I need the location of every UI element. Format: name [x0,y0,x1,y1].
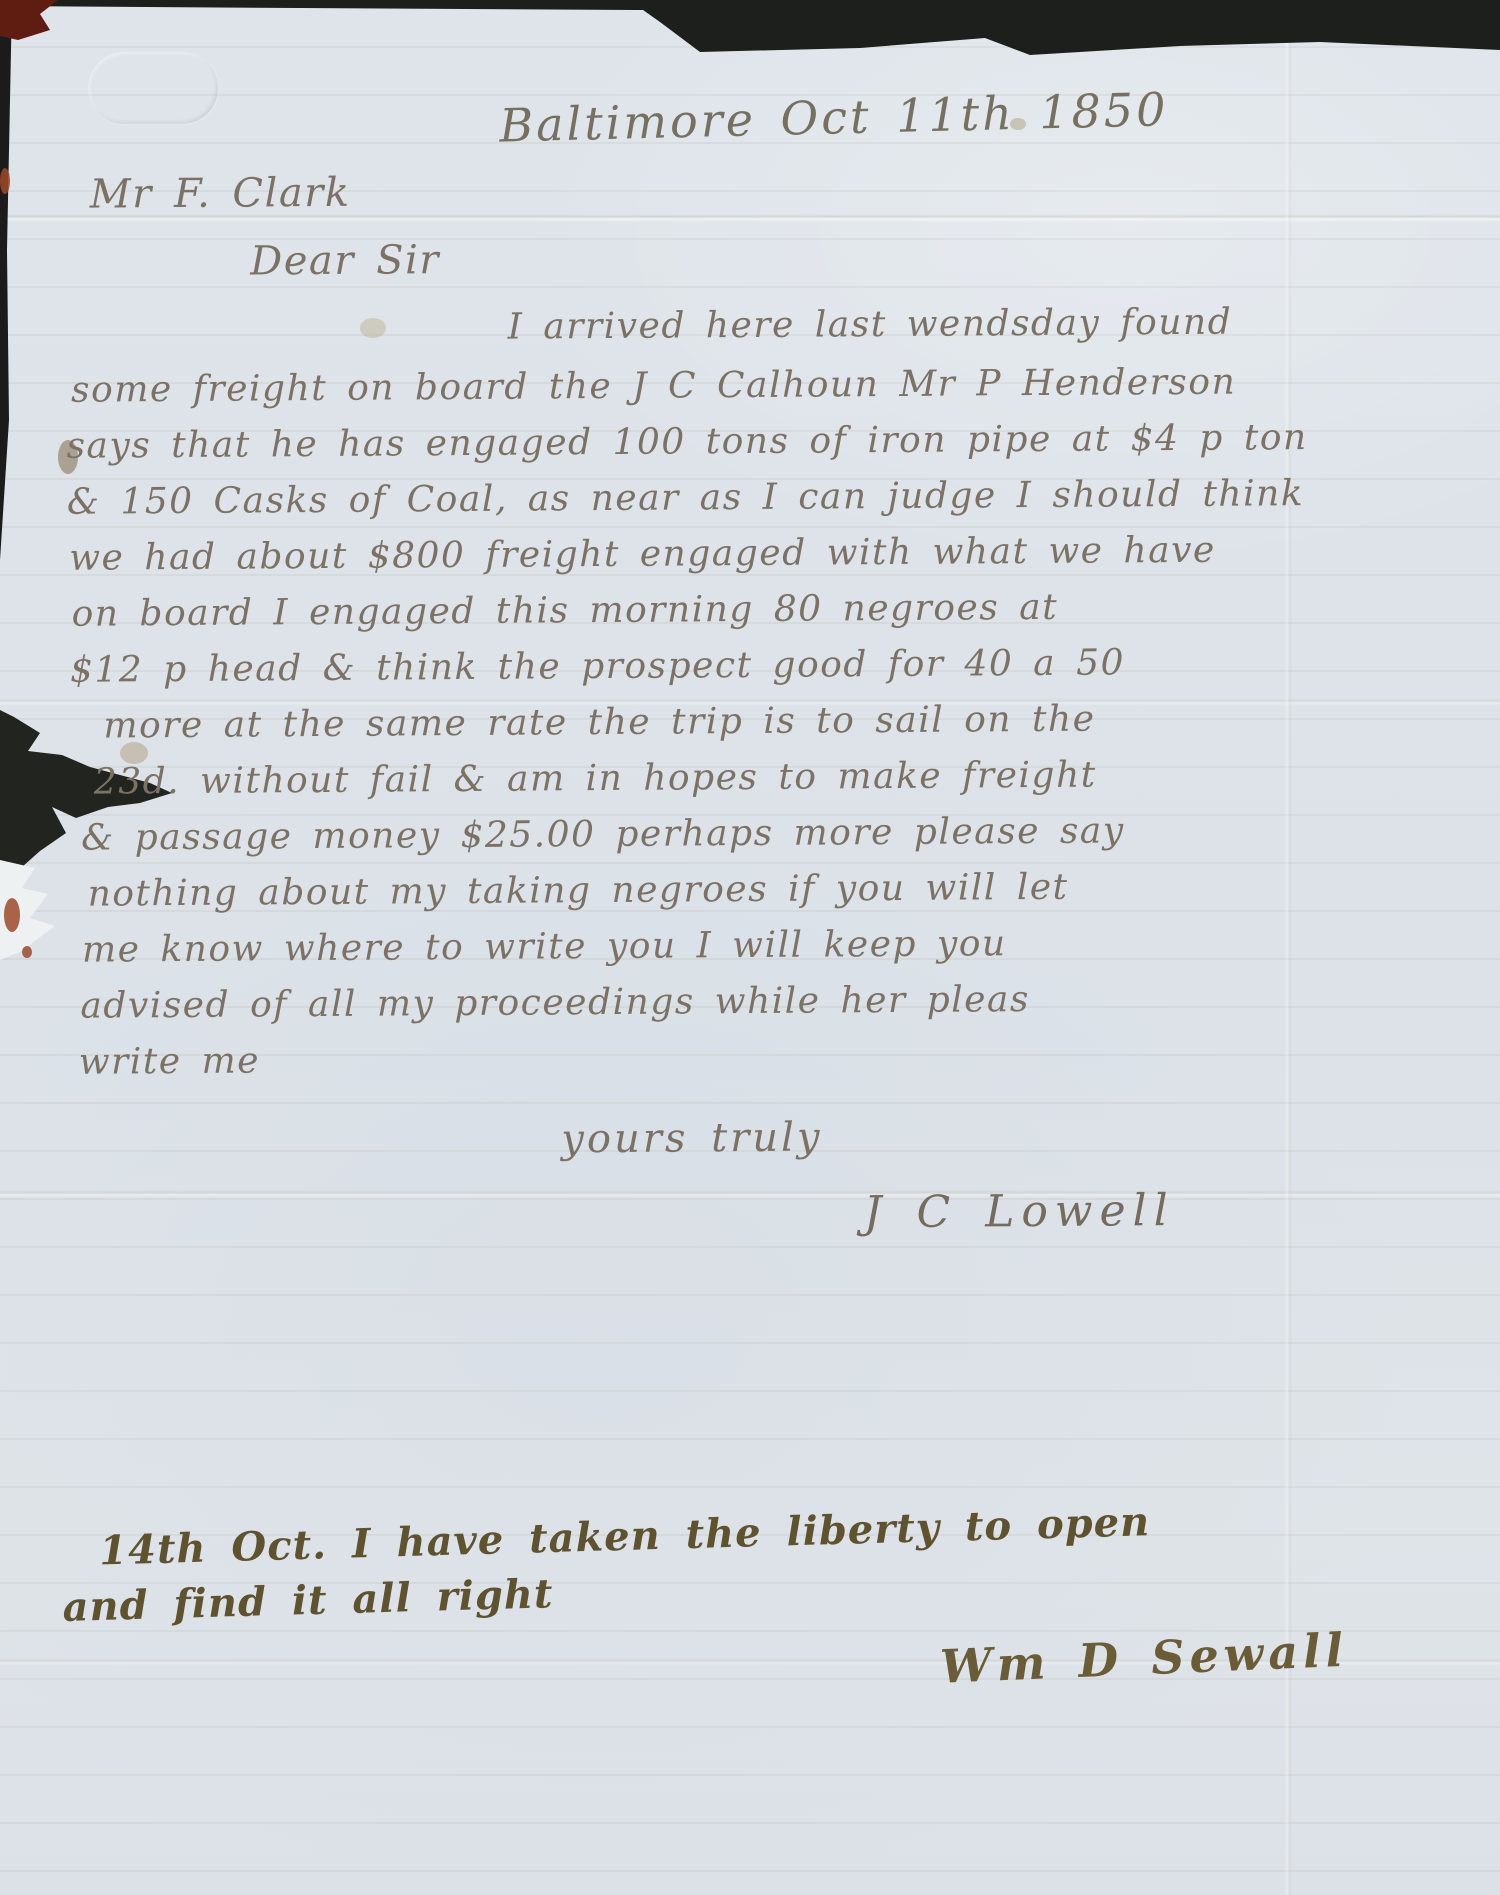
letter-body-line: some freight on board the J C Calhoun Mr… [71,365,1236,409]
letter-body-line: & passage money $25.00 perhaps more plea… [81,813,1125,856]
letter-body-line: $12 p head & think the prospect good for… [70,645,1125,688]
letter-body-line: we had about $800 freight engaged with w… [69,533,1216,577]
letter-recipient: Mr F. Clark [90,173,351,215]
postscript-line: and find it all right [62,1574,554,1628]
letter-body-line: says that he has engaged 100 tons of iro… [66,420,1307,465]
letter-salutation: Dear Sir [250,240,440,281]
letter-signature: J C Lowell [864,1189,1175,1235]
letter-content: Baltimore Oct 11th 1850 Mr F. Clark Dear… [0,0,1500,1895]
postscript-signature: Wm D Sewall [939,1627,1349,1690]
letter-body-line: more at the same rate the trip is to sai… [103,702,1095,745]
letter-dateline: Baltimore Oct 11th 1850 [499,86,1169,148]
letter-body-line: nothing about my taking negroes if you w… [87,870,1068,913]
letter-body-line: advised of all my proceedings while her … [80,982,1030,1025]
letter-body-line: on board I engaged this morning 80 negro… [72,590,1059,633]
letter-body-line: me know where to write you I will keep y… [82,926,1007,968]
letter-closing: yours truly [561,1117,822,1159]
letter-body-line: I arrived here last wendsday found [508,305,1233,346]
letter-body-line: 23d. without fail & am in hopes to make … [94,758,1097,801]
postscript-line: 14th Oct. I have taken the liberty to op… [99,1502,1151,1571]
letter-body-line: write me [79,1043,260,1080]
letter-body-line: & 150 Casks of Coal, as near as I can ju… [67,476,1304,521]
scanned-letter-page: Baltimore Oct 11th 1850 Mr F. Clark Dear… [0,0,1500,1895]
